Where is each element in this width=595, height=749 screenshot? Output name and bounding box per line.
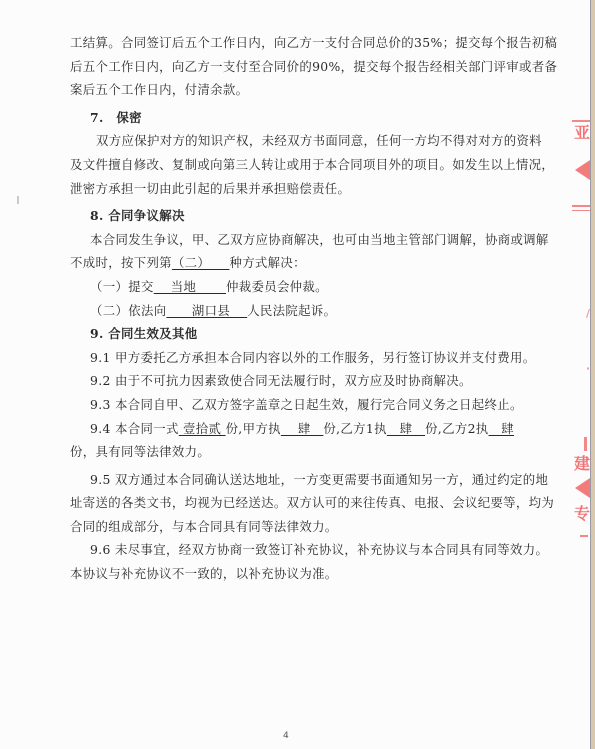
section-8-heading: 8. 合同争议解决 xyxy=(70,204,532,228)
payment-line-3: 案后五个工作日内，付清余款。 xyxy=(70,78,532,102)
seal-fragment-3: 专 xyxy=(570,505,590,523)
clause-9-5-line-3: 合同的组成部分，与本合同具有同等法律效力。 xyxy=(70,515,532,539)
party-a-copies: 肆 xyxy=(281,421,324,436)
payment-line-2: 后五个工作日内，向乙方一支付至合同价的90%，提交每个报告经相关部门评审或者备 xyxy=(70,55,532,79)
party-a-label: 份,甲方执 xyxy=(226,421,281,436)
page-edge xyxy=(590,0,595,749)
copies-prefix: 9.4 本合同一式 xyxy=(90,421,179,436)
section-7-line-3: 泄密方承担一切由此引起的后果并承担赔偿责任。 xyxy=(70,177,532,201)
seal-star-icon xyxy=(575,160,590,180)
section-7-line-2: 及文件擅自修改、复制或向第三人转让或用于本合同项目外的项目。如发生以上情况， xyxy=(70,153,532,177)
seal-fragment-dot: · xyxy=(570,360,590,378)
option-1-suffix: 仲裁委员会仲裁。 xyxy=(226,279,328,294)
option-1-prefix: （一）提交 xyxy=(90,279,154,294)
seal-mark xyxy=(572,205,590,207)
contract-page: 工结算。合同签订后五个工作日内，向乙方一支付合同总价的35%；提交每个报告初稿 … xyxy=(0,0,590,749)
seal-mark xyxy=(584,437,587,451)
clause-9-4-line-2: 份，具有同等法律效力。 xyxy=(70,440,532,464)
party-b1-copies: 肆 xyxy=(387,421,425,436)
section-9-heading: 9. 合同生效及其他 xyxy=(70,322,532,346)
arbitration-location: 当地 xyxy=(154,279,226,294)
seal-mark xyxy=(580,535,588,537)
seal-fragment-1: 亚 xyxy=(570,124,590,142)
clause-9-6-line-1: 9.6 未尽事宜，经双方协商一致签订补充协议，补充协议与本合同具有同等效力。 xyxy=(70,538,532,562)
payment-line-1: 工结算。合同签订后五个工作日内，向乙方一支付合同总价的35%；提交每个报告初稿 xyxy=(70,31,532,55)
seal-mark xyxy=(572,210,590,211)
seal-fragment-slash: / xyxy=(570,305,590,323)
party-b1-label: 份,乙方1执 xyxy=(323,421,386,436)
section-8-line-1: 本合同发生争议，甲、乙双方应协商解决，也可由当地主管部门调解，协商或调解 xyxy=(70,228,532,252)
clause-9-2: 9.2 由于不可抗力因素致使合同无法履行时，双方应及时协商解决。 xyxy=(70,369,532,393)
dispute-method-suffix: 种方式解决： xyxy=(229,255,305,270)
seal-star-icon xyxy=(575,478,590,498)
party-b2-copies: 肆 xyxy=(489,421,514,436)
option-2-prefix: （二）依法向 xyxy=(90,303,166,318)
clause-9-6-line-2: 本协议与补充协议不一致的，以补充协议为准。 xyxy=(70,562,532,586)
section-7-heading: 7. 保密 xyxy=(70,106,532,130)
seal-mark xyxy=(572,120,590,122)
section-7-line-1: 双方应保护对方的知识产权，未经双方书面同意，任何一方均不得对对方的资料 xyxy=(70,129,532,153)
clause-9-4: 9.4 本合同一式 壹拾贰 份,甲方执 肆 份,乙方1执 肆 份,乙方2执 肆 xyxy=(70,417,532,441)
dispute-option-1: （一）提交 当地 仲裁委员会仲裁。 xyxy=(70,275,532,299)
clause-9-5-line-1: 9.5 双方通过本合同确认送达地址，一方变更需要书面通知另一方，通过约定的地 xyxy=(70,468,532,492)
contract-body: 工结算。合同签订后五个工作日内，向乙方一支付合同总价的35%；提交每个报告初稿 … xyxy=(70,31,532,586)
dispute-method-prefix: 不成时，按下列第 xyxy=(70,255,172,270)
clause-9-5-line-2: 址寄送的各类文书，均视为已经送达。双方认可的来往传真、电报、会议纪要等，均为 xyxy=(70,491,532,515)
seal-fragment-2: 建 xyxy=(570,455,590,473)
clause-9-1: 9.1 甲方委托乙方承担本合同内容以外的工作服务，另行签订协议并支付费用。 xyxy=(70,346,532,370)
clause-9-3: 9.3 本合同自甲、乙双方签字盖章之日起生效，履行完合同义务之日起终止。 xyxy=(70,393,532,417)
page-number: 4 xyxy=(283,731,289,741)
total-copies: 壹拾贰 xyxy=(179,421,226,436)
section-8-line-2: 不成时，按下列第（二） 种方式解决： xyxy=(70,251,532,275)
option-2-suffix: 人民法院起诉。 xyxy=(247,303,336,318)
dispute-option-2: （二）依法向 湖口县 人民法院起诉。 xyxy=(70,299,532,323)
dispute-method-choice: （二） xyxy=(172,255,230,270)
court-location: 湖口县 xyxy=(166,303,247,318)
scan-artifact xyxy=(17,196,19,204)
party-b2-label: 份,乙方2执 xyxy=(425,421,488,436)
